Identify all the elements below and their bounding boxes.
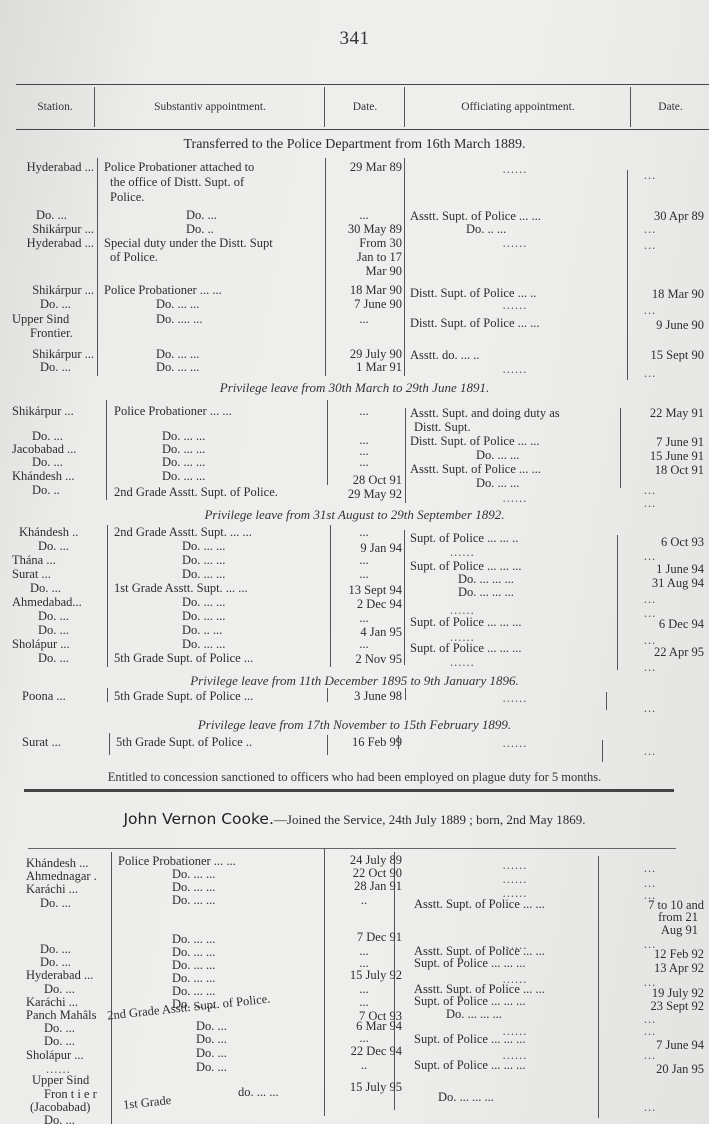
date-cell: ... [326, 208, 402, 222]
date-cell: 7 Dec 91 [326, 930, 402, 944]
date2-cell: ... [596, 366, 704, 380]
officiating-cell: ...... [410, 872, 620, 886]
substantive-cell: Do. ... ... [104, 442, 324, 456]
officiating-cell: ...... [410, 858, 620, 872]
station-cell: Surat ... [12, 567, 94, 581]
officiating-cell: Asstt. Supt. of Police ... ... [410, 462, 620, 476]
substantive-cell: Do. ... ... [104, 893, 324, 907]
header-date: Date. [326, 85, 404, 129]
date-cell: 29 Mar 89 [326, 160, 402, 174]
substantive-cell: Do. ... ... [104, 429, 324, 443]
date-cell: ... [326, 995, 402, 1009]
column-divider [324, 87, 325, 127]
substantive-cell: Special duty under the Distt. Supt [104, 236, 324, 250]
station-cell: Hyderabad ... [12, 160, 94, 174]
station-cell: Jacobabad ... [12, 442, 94, 456]
section-title: Transferred to the Police Department fro… [0, 137, 709, 153]
leave-note: Privilege leave from 11th December 1895 … [0, 673, 709, 689]
officiating-cell: Do. .. ... [410, 222, 620, 236]
station-cell: Upper Sind [12, 312, 94, 326]
station-cell: Sholápur ... [12, 1048, 94, 1062]
station-cell: Surat ... [12, 735, 94, 749]
station-cell: Karáchi ... [12, 882, 94, 896]
officiating-cell: Do. ... ... ... [410, 572, 620, 586]
date-cell: ... [326, 455, 402, 469]
column-divider [405, 408, 406, 503]
header-station: Station. [16, 85, 94, 129]
officiating-cell: Supt. of Police ... ... ... [410, 1032, 620, 1046]
substantive-cell: Police Probationer ... ... [104, 283, 324, 297]
station-cell: Do. ... [12, 1113, 94, 1124]
date2-cell: 15 June 91 [596, 449, 704, 463]
date-cell: ... [326, 553, 402, 567]
officiating-cell: ...... [410, 655, 620, 669]
station-cell: Poona ... [12, 689, 94, 703]
station-cell: Do. ... [12, 623, 94, 637]
date-cell: 28 Jan 91 [326, 879, 402, 893]
substantive-cell: Do. .. [104, 222, 324, 236]
date-cell: 13 Sept 94 [326, 583, 402, 597]
substantive-cell: Do. ... ... [104, 595, 324, 609]
officiating-cell: Supt. of Police ... ... .. [410, 531, 620, 545]
substantive-cell: the office of Distt. Supt. of [104, 175, 324, 189]
substantive-cell: 5th Grade Supt. of Police ... [104, 651, 324, 665]
station-cell: Do. ... [12, 1034, 94, 1048]
date2-cell: 20 Jan 95 [596, 1062, 704, 1076]
column-divider [405, 688, 406, 700]
station-cell: Sholápur ... [12, 637, 94, 651]
station-cell: Hyderabad ... [12, 236, 94, 250]
date-cell: ... [326, 637, 402, 651]
substantive-cell: Do. ... ... [104, 932, 324, 946]
substantive-cell: Do. ... [104, 1019, 324, 1033]
station-cell: Hyderabad ... [12, 968, 94, 982]
leave-note: Privilege leave from 31st August to 29th… [0, 507, 709, 523]
column-divider [404, 530, 405, 665]
officiating-cell: Do. ... ... ... [410, 1090, 620, 1104]
date-cell: Jan to 17 [326, 250, 402, 264]
date-cell: 28 Oct 91 [326, 473, 402, 487]
date-cell: 29 May 92 [326, 487, 402, 501]
station-cell: Khándesh .. [12, 525, 94, 539]
substantive-cell: Do. ... ... [104, 347, 324, 361]
officiating-cell: Asstt. Supt. of Police ... ... [410, 209, 620, 223]
date2-cell: 15 Sept 90 [596, 348, 704, 362]
station-cell: Do. ... [12, 429, 94, 443]
officiating-cell: Supt. of Police ... ... ... [410, 615, 620, 629]
substantive-cell: Do. ... ... [104, 469, 324, 483]
column-divider [94, 87, 95, 127]
officiating-cell: Supt. of Police ... ... ... [410, 1058, 620, 1072]
date-cell: From 30 [326, 236, 402, 250]
station-cell: Do. ... [12, 360, 94, 374]
date-cell: 3 June 98 [326, 689, 402, 703]
substantive-cell: Do. ... ... [104, 945, 324, 959]
date-cell: Mar 90 [326, 264, 402, 278]
officiating-cell: ...... [410, 236, 620, 250]
substantive-cell: Do. ... ... [104, 867, 324, 881]
date2-cell: ... [596, 660, 704, 674]
date-cell: 24 July 89 [326, 853, 402, 867]
substantive-cell: Police Probationer attached to [104, 160, 324, 174]
officiating-cell: Do. ... ... ... [410, 585, 620, 599]
station-cell: Shikárpur ... [12, 222, 94, 236]
date2-cell: 30 Apr 89 [596, 209, 704, 223]
station-cell: Do. ... [12, 1021, 94, 1035]
column-divider [324, 848, 325, 1116]
table-top-rule [28, 848, 676, 849]
station-cell: Do. ... [12, 208, 94, 222]
substantive-cell: Police Probationer ... ... [104, 854, 324, 868]
officiating-cell: Supt. of Police ... ... ... [410, 956, 620, 970]
officiating-cell: ...... [410, 298, 620, 312]
station-cell: Do. ... [12, 982, 94, 996]
station-cell: Shikárpur ... [12, 404, 94, 418]
substantive-cell: Do. ... [104, 1046, 324, 1060]
station-cell: Do. ... [12, 539, 94, 553]
leave-note: Privilege leave from 17th November to 15… [0, 717, 709, 733]
date2-cell: ... [596, 168, 704, 182]
substantive-cell: Do. ... ... [104, 455, 324, 469]
substantive-cell: Do. ... ... [104, 297, 324, 311]
substantive-cell: Do. ... ... [104, 637, 324, 651]
header-date-2: Date. [632, 85, 709, 129]
substantive-cell: Do. ... [104, 208, 324, 222]
substantive-cell: of Police. [104, 250, 324, 264]
station-cell: Do. ... [12, 297, 94, 311]
station-cell: Do. ... [12, 896, 94, 910]
officiating-cell: Asstt. Supt. of Police ... ... [410, 897, 620, 911]
substantive-cell: 2nd Grade Asstt. Supt. ... ... [104, 525, 324, 539]
date-cell: 15 July 95 [326, 1080, 402, 1094]
officiating-cell: ...... [410, 736, 620, 750]
date-cell: 7 June 90 [326, 297, 402, 311]
substantive-cell: 5th Grade Supt. of Police ... [104, 689, 324, 703]
station-cell: Karáchi ... [12, 995, 94, 1009]
substantive-cell: Do. ... ... [104, 880, 324, 894]
substantive-cell: Do. ... ... [104, 958, 324, 972]
station-cell: Khándesh ... [12, 856, 94, 870]
date-cell: 22 Dec 94 [326, 1044, 402, 1058]
date2-cell: ... [596, 238, 704, 252]
date-cell: 2 Nov 95 [326, 652, 402, 666]
date-cell: 29 July 90 [326, 347, 402, 361]
substantive-cell: Do. ... ... [104, 553, 324, 567]
date-cell: 22 Oct 90 [326, 866, 402, 880]
section-divider [24, 789, 674, 792]
substantive-cell: Police. [104, 190, 324, 204]
officiating-cell: Do. ... ... [410, 476, 620, 490]
station-cell: Upper Sind [12, 1073, 94, 1087]
substantive-cell: Do. .... ... [104, 312, 324, 326]
station-cell: Thána ... [12, 553, 94, 567]
station-cell: Fron t i e r [12, 1087, 94, 1101]
officiating-cell: Do. ... ... ... [410, 1007, 620, 1021]
officiating-cell: ...... [410, 491, 620, 505]
station-cell: (Jacobabad) [12, 1100, 94, 1114]
date-cell: ... [326, 982, 402, 996]
date-cell: ... [326, 611, 402, 625]
date2-cell: ... [596, 1100, 704, 1114]
date-cell: ... [326, 567, 402, 581]
officiating-cell: Do. ... ... [410, 448, 620, 462]
station-cell: Panch Mahâls [12, 1008, 94, 1022]
date-cell: ... [326, 1031, 402, 1045]
date2-cell: 22 May 91 [596, 406, 704, 420]
officiating-cell: ...... [410, 362, 620, 376]
page-number: 341 [0, 28, 709, 50]
header-officiating: Officiating appointment. [406, 85, 630, 129]
date2-cell: Aug 91 [596, 923, 704, 937]
table-header: Station. Substantiv appointment. Date. O… [16, 84, 709, 130]
date2-cell: from 21 [596, 910, 704, 924]
station-cell: Do. ... [12, 609, 94, 623]
officiating-cell: Supt. of Police ... ... ... [410, 559, 620, 573]
station-cell: Shikárpur ... [12, 347, 94, 361]
officer-name: John Vernon Cooke. [123, 810, 273, 828]
date2-cell: ... [596, 701, 704, 715]
officiating-cell: Asstt. do. ... .. [410, 348, 620, 362]
station-cell: Frontier. [12, 326, 94, 340]
station-cell: Shikárpur ... [12, 283, 94, 297]
officiating-cell: Supt. of Police ... ... ... [410, 994, 620, 1008]
station-cell: Do. ... [12, 955, 94, 969]
officiating-cell: Distt. Supt. [410, 420, 620, 434]
date2-cell: 9 June 90 [596, 318, 704, 332]
substantive-cell: Do. ... ... [104, 360, 324, 374]
date-cell: 15 July 92 [326, 968, 402, 982]
substantive-cell: 1st Grade Asstt. Supt. ... ... [104, 581, 324, 595]
station-cell: Ahmedabad... [12, 595, 94, 609]
date-cell: ... [326, 312, 402, 326]
officer-details: —Joined the Service, 24th July 1889 ; bo… [274, 812, 586, 827]
date-cell: 1 Mar 91 [326, 360, 402, 374]
station-cell: Do. ... [12, 581, 94, 595]
date-cell: 18 Mar 90 [326, 283, 402, 297]
substantive-cell: Do. .. ... [104, 623, 324, 637]
substantive-cell: Do. ... ... [104, 539, 324, 553]
date2-cell: ... [596, 303, 704, 317]
leave-note: Privilege leave from 30th March to 29th … [0, 380, 709, 396]
date2-cell: 18 Oct 91 [596, 463, 704, 477]
station-cell: Khándesh ... [12, 469, 94, 483]
officiating-cell: Distt. Supt. of Police ... ... [410, 316, 620, 330]
substantive-cell: Do. ... [104, 1060, 324, 1074]
station-cell: Do. ... [12, 651, 94, 665]
substantive-cell: 2nd Grade Asstt. Supt. of Police. [104, 485, 324, 499]
date-cell: 16 Feb 99 [326, 735, 402, 749]
column-divider [630, 87, 631, 127]
station-cell: Do. ... [12, 942, 94, 956]
date2-cell: ... [596, 744, 704, 758]
officiating-cell: ...... [410, 545, 620, 559]
footnote: Entitled to concession sanctioned to off… [0, 770, 709, 785]
substantive-cell: 5th Grade Supt. of Police .. [104, 735, 324, 749]
substantive-cell: Do. ... ... [104, 971, 324, 985]
column-divider [97, 158, 98, 376]
date2-cell: 6 Dec 94 [596, 617, 704, 631]
officiating-cell: ...... [410, 691, 620, 705]
officiating-cell: Asstt. Supt. and doing duty as [410, 406, 620, 420]
date-cell: .. [326, 893, 402, 907]
date-cell: 2 Dec 94 [326, 597, 402, 611]
header-substantive: Substantiv appointment. [96, 85, 324, 129]
station-cell: Do. ... [12, 455, 94, 469]
officiating-cell: Distt. Supt. of Police ... ... [410, 434, 620, 448]
officer-heading: John Vernon Cooke.—Joined the Service, 2… [0, 810, 709, 828]
date-cell: ... [326, 404, 402, 418]
substantive-cell: Do. ... ... [104, 567, 324, 581]
date-cell: ... [326, 525, 402, 539]
officiating-cell: ...... [410, 162, 620, 176]
date-cell: 30 May 89 [326, 222, 402, 236]
station-cell: Do. .. [12, 483, 94, 497]
substantive-cell: Do. ... ... [104, 609, 324, 623]
date2-cell: 7 June 91 [596, 435, 704, 449]
substantive-cell: Do. ... [104, 1032, 324, 1046]
substantive-cell: Police Probationer ... ... [104, 404, 324, 418]
officiating-cell: Supt. of Police ... ... ... [410, 641, 620, 655]
column-divider [404, 87, 405, 127]
date-cell: .. [326, 1058, 402, 1072]
station-cell: Ahmednagar . [12, 869, 94, 883]
column-divider [404, 158, 405, 376]
date2-cell: ... [596, 222, 704, 236]
